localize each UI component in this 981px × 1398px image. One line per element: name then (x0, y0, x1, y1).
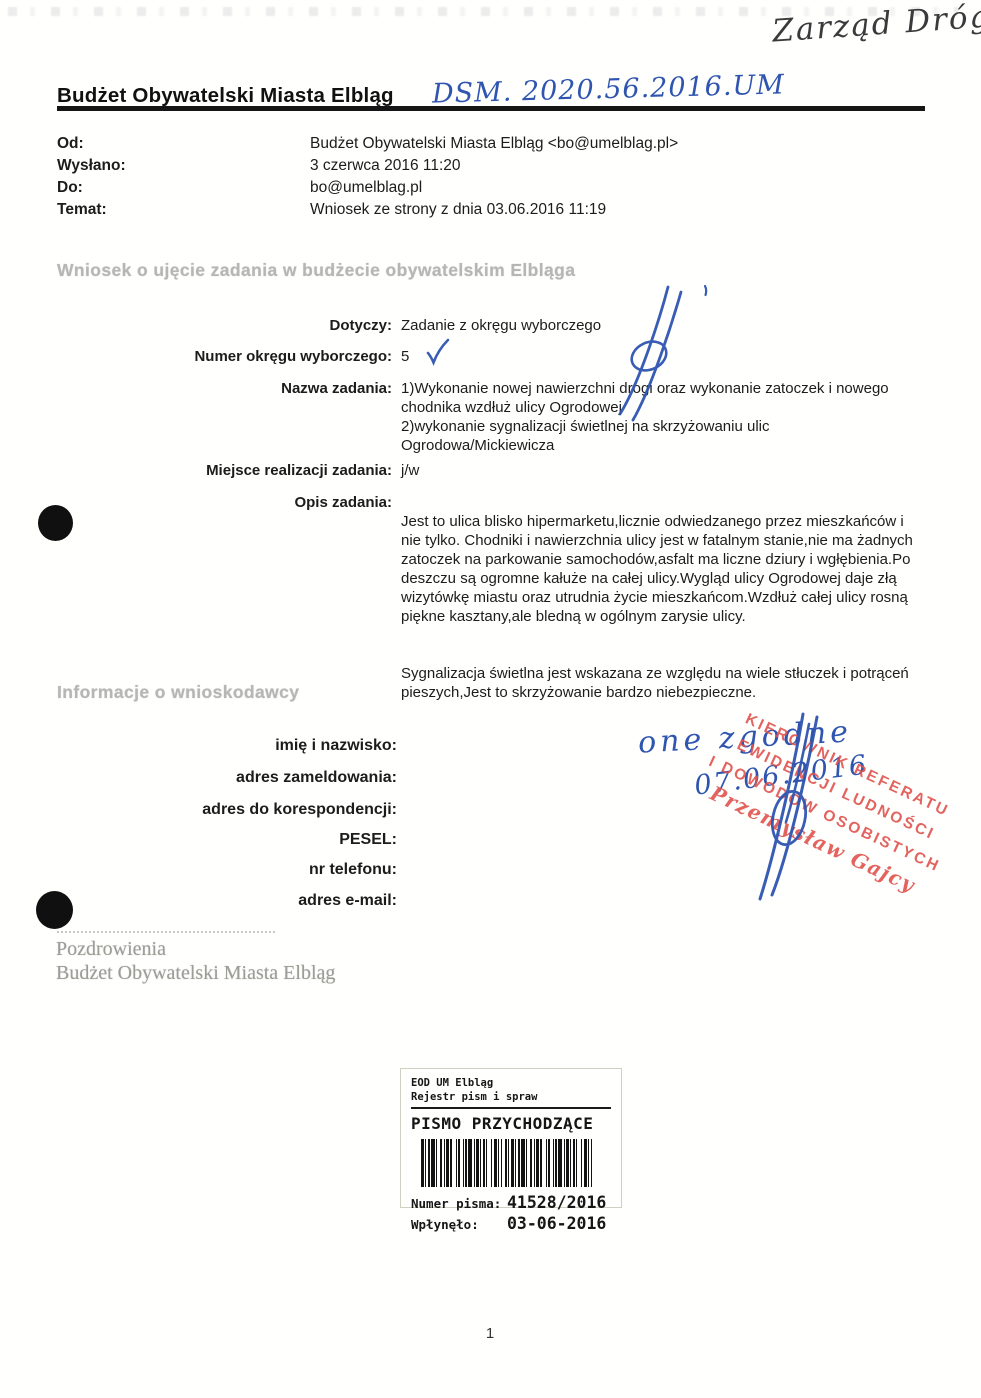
registry-received-label: Wpłynęło: (411, 1217, 507, 1232)
barcode (421, 1139, 599, 1187)
registry-received-value: 03-06-2016 (507, 1214, 606, 1233)
registry-number-label: Numer pisma: (411, 1196, 507, 1211)
handwritten-reference-number: DSM. 2020.56.2016.UM (432, 69, 786, 109)
email-header-row: Do: bo@umelblag.pl (57, 178, 422, 197)
form-row-dotyczy: Dotyczy: Zadanie z okręgu wyborczego (0, 316, 960, 335)
registry-received-row: Wpłynęło: 03-06-2016 (411, 1214, 611, 1233)
miejsce-label: Miejsce realizacji zadania: (0, 461, 392, 480)
applicant-phone-label: nr telefonu: (0, 861, 397, 879)
farewell-sender: Budżet Obywatelski Miasta Elbląg (56, 961, 335, 985)
email-sent-value: 3 czerwca 2016 11:20 (310, 156, 461, 175)
dotyczy-label: Dotyczy: (0, 316, 392, 335)
email-header-row: Od: Budżet Obywatelski Miasta Elbląg <bo… (57, 134, 678, 153)
applicant-name-label: imię i nazwisko: (0, 737, 397, 755)
title-divider-rule (57, 106, 925, 111)
applicant-pesel-label: PESEL: (0, 831, 397, 849)
page-number: 1 (460, 1325, 520, 1342)
registry-number-value: 41528/2016 (507, 1193, 606, 1212)
registry-divider (411, 1107, 611, 1109)
email-from-label: Od: (57, 134, 310, 153)
applicant-mailing-address-label: adres do korespondencji: (0, 801, 397, 819)
registry-document-type: PISMO PRZYCHODZĄCE (411, 1114, 611, 1133)
pen-tick-mark (705, 286, 706, 295)
email-header-row: Temat: Wniosek ze strony z dnia 03.06.20… (57, 200, 606, 219)
farewell-line: Pozdrowienia (56, 937, 335, 961)
registry-org-line-1: EOD UM Elbląg (411, 1076, 611, 1090)
scanned-document-page: Zarząd Dróg Budżet Obywatelski Miasta El… (0, 0, 981, 1398)
email-subject-value: Wniosek ze strony z dnia 03.06.2016 11:1… (310, 200, 606, 219)
nazwa-value: 1)Wykonanie nowej nawierzchni drogi oraz… (401, 379, 956, 455)
email-to-value: bo@umelblag.pl (310, 178, 422, 197)
opis-paragraph-2: Sygnalizacja świetlna jest wskazana ze w… (401, 664, 956, 702)
dotyczy-value: Zadanie z okręgu wyborczego (401, 316, 956, 335)
signature-divider-line (57, 931, 275, 933)
form-row-miejsce: Miejsce realizacji zadania: j/w (0, 461, 960, 480)
email-subject-label: Temat: (57, 200, 310, 219)
document-title: Budżet Obywatelski Miasta Elbląg (57, 84, 394, 108)
email-from-value: Budżet Obywatelski Miasta Elbląg <bo@ume… (310, 134, 678, 153)
applicant-registered-address-label: adres zameldowania: (0, 769, 397, 787)
opis-value: Jest to ulica blisko hipermarketu,liczni… (401, 493, 956, 721)
registry-number-row: Numer pisma: 41528/2016 (411, 1193, 611, 1212)
registry-org-line-2: Rejestr pism i spraw (411, 1090, 611, 1104)
email-header-row: Wysłano: 3 czerwca 2016 11:20 (57, 156, 461, 175)
okreg-label: Numer okręgu wyborczego: (0, 347, 392, 366)
hole-punch-mark (38, 505, 73, 541)
form-row-nazwa: Nazwa zadania: 1)Wykonanie nowej nawierz… (0, 379, 960, 455)
applicant-section-heading: Informacje o wnioskodawcy (57, 682, 299, 703)
nazwa-label: Nazwa zadania: (0, 379, 392, 455)
email-to-label: Do: (57, 178, 310, 197)
form-row-okreg: Numer okręgu wyborczego: 5 (0, 347, 960, 366)
hole-punch-mark (36, 891, 73, 929)
email-sent-label: Wysłano: (57, 156, 310, 175)
registry-barcode-label: EOD UM Elbląg Rejestr pism i spraw PISMO… (400, 1068, 622, 1208)
application-section-heading: Wniosek o ujęcie zadania w budżecie obyw… (57, 260, 575, 281)
miejsce-value: j/w (401, 461, 956, 480)
opis-paragraph-1: Jest to ulica blisko hipermarketu,liczni… (401, 512, 956, 626)
okreg-value: 5 (401, 347, 956, 366)
farewell-block: Pozdrowienia Budżet Obywatelski Miasta E… (56, 937, 335, 985)
